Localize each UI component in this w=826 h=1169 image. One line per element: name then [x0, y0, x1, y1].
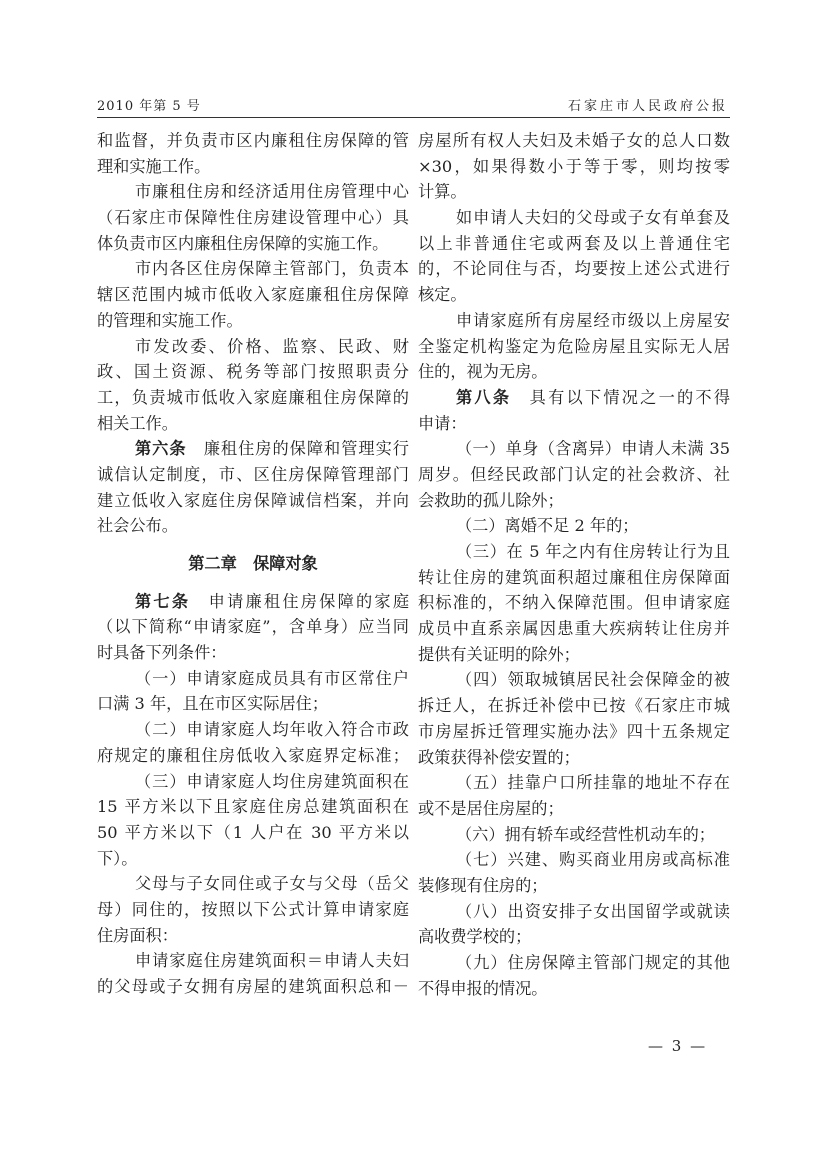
article-8-line: 第八条 具有以下情况之一的不得 — [418, 385, 730, 411]
text-line: 申请家庭住房建筑面积＝申请人夫妇 — [97, 948, 409, 974]
left-column: 和监督，并负责市区内廉租住房保障的管 理和实施工作。 市廉租住房和经济适用住房管… — [97, 128, 409, 1000]
text-line: 市廉租住房和经济适用住房管理中心 — [97, 179, 409, 205]
article-7-label: 第七条 — [135, 592, 190, 611]
text-line: （五）挂靠户口所挂靠的地址不存在 — [418, 770, 730, 796]
text-line: 如申请人夫妇的父母或子女有单套及 — [418, 205, 730, 231]
chapter-heading: 第二章 保障对象 — [97, 551, 409, 577]
text-line: （二）离婚不足 2 年的； — [418, 513, 730, 539]
text-line: （二）申请家庭人均年收入符合市政 — [97, 717, 409, 743]
text-line: 的父母或子女拥有房屋的建筑面积总和－ — [97, 974, 409, 1000]
text-line: 府规定的廉租住房低收入家庭界定标准； — [97, 743, 409, 769]
text-line: 诚信认定制度，市、区住房保障管理部门 — [97, 462, 409, 488]
text-line: 相关工作。 — [97, 411, 409, 437]
text-line: 积标准的，不纳入保障范围。但申请家庭 — [418, 590, 730, 616]
issue-number: 2010 年第 5 号 — [97, 95, 201, 114]
text-line: 转让住房的建筑面积超过廉租住房保障面 — [418, 565, 730, 591]
text-line: （六）拥有轿车或经营性机动车的； — [418, 822, 730, 848]
text-line: （一）申请家庭成员具有市区常住户 — [97, 666, 409, 692]
page-header: 2010 年第 5 号 石家庄市人民政府公报 — [97, 95, 730, 118]
text-line: 50 平方米以下（1 人户在 30 平方米以 — [97, 820, 409, 846]
text-line: （七）兴建、购买商业用房或高标准 — [418, 847, 730, 873]
article-8-label: 第八条 — [456, 388, 511, 407]
text-line: 成员中直系亲属因患重大疾病转让住房并 — [418, 616, 730, 642]
text-line: 住的，视为无房。 — [418, 359, 730, 385]
text-line: 市房屋拆迁管理实施办法》四十五条规定 — [418, 719, 730, 745]
text-line: 15 平方米以下且家庭住房总建筑面积在 — [97, 794, 409, 820]
text-line: 政策获得补偿安置的； — [418, 745, 730, 771]
text-line: 的，不论同住与否，均要按上述公式进行 — [418, 256, 730, 282]
text-line: （八）出资安排子女出国留学或就读 — [418, 899, 730, 925]
text-line: 体负责市区内廉租住房保障的实施工作。 — [97, 231, 409, 257]
text-line: 父母与子女同住或子女与父母（岳父 — [97, 871, 409, 897]
text-line: ×30，如果得数小于等于零，则均按零 — [418, 154, 730, 180]
text-line: 住房面积： — [97, 923, 409, 949]
text-line: 不得申报的情况。 — [418, 976, 730, 1002]
text-line: （以下简称“申请家庭”，含单身）应当同 — [97, 614, 409, 640]
text-line: 房屋所有权人夫妇及未婚子女的总人口数 — [418, 128, 730, 154]
text-line: 的管理和实施工作。 — [97, 308, 409, 334]
text-line: 辖区范围内城市低收入家庭廉租住房保障 — [97, 282, 409, 308]
text-line: 高收费学校的； — [418, 924, 730, 950]
text-line: 工，负责城市低收入家庭廉租住房保障的 — [97, 385, 409, 411]
text-line: （石家庄市保障性住房建设管理中心）具 — [97, 205, 409, 231]
text-line: 理和实施工作。 — [97, 154, 409, 180]
text-line: 全鉴定机构鉴定为危险房屋且实际无人居 — [418, 334, 730, 360]
text-line: 社会公布。 — [97, 513, 409, 539]
text-line: 或不是居住房屋的； — [418, 796, 730, 822]
text-line: 核定。 — [418, 282, 730, 308]
text-line: 下）。 — [97, 846, 409, 872]
page-number: — 3 — — [648, 1037, 707, 1055]
text-line: 会救助的孤儿除外； — [418, 488, 730, 514]
text-line: 母）同住的，按照以下公式计算申请家庭 — [97, 897, 409, 923]
text-line: 口满 3 年，且在市区实际居住； — [97, 691, 409, 717]
text-line: 和监督，并负责市区内廉租住房保障的管 — [97, 128, 409, 154]
text-line: （三）在 5 年之内有住房转让行为且 — [418, 539, 730, 565]
text-line: 拆迁人，在拆迁补偿中已按《石家庄市城 — [418, 693, 730, 719]
article-6-line: 第六条 廉租住房的保障和管理实行 — [97, 436, 409, 462]
text-line: （九）住房保障主管部门规定的其他 — [418, 950, 730, 976]
article-6-label: 第六条 — [135, 439, 187, 458]
text-line: 市内各区住房保障主管部门，负责本 — [97, 256, 409, 282]
text-line: 周岁。但经民政部门认定的社会救济、社 — [418, 462, 730, 488]
article-7-line: 第七条 申请廉租住房保障的家庭 — [97, 589, 409, 615]
text-line: 建立低收入家庭住房保障诚信档案，并向 — [97, 488, 409, 514]
text-line: 政、国土资源、税务等部门按照职责分 — [97, 359, 409, 385]
text-line: 提供有关证明的除外； — [418, 642, 730, 668]
text-line: （四）领取城镇居民社会保障金的被 — [418, 667, 730, 693]
text-line: （一）单身（含离异）申请人未满 35 — [418, 436, 730, 462]
right-column: 房屋所有权人夫妇及未婚子女的总人口数 ×30，如果得数小于等于零，则均按零 计算… — [418, 128, 730, 1001]
publication-title: 石家庄市人民政府公报 — [568, 95, 728, 114]
text-line: （三）申请家庭人均住房建筑面积在 — [97, 769, 409, 795]
text-line: 装修现有住房的； — [418, 873, 730, 899]
text-line: 以上非普通住宅或两套及以上普通住宅 — [418, 231, 730, 257]
text-line: 申请家庭所有房屋经市级以上房屋安 — [418, 308, 730, 334]
text-line: 申请： — [418, 411, 730, 437]
text-line: 时具备下列条件： — [97, 640, 409, 666]
text-line: 市发改委、价格、监察、民政、财 — [97, 334, 409, 360]
text-line: 计算。 — [418, 179, 730, 205]
